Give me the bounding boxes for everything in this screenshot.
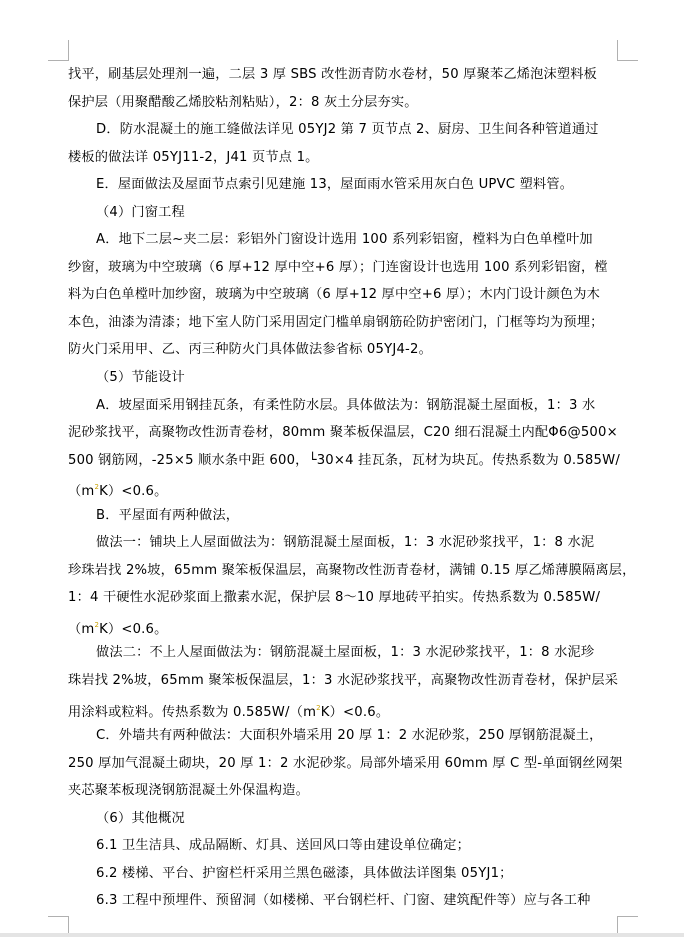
document-body[interactable]: 找平，刷基层处理剂一遍，二层 3 厚 SBS 改性沥青防水卷材，50 厚聚苯乙烯… — [68, 61, 613, 915]
text-run: （m — [68, 622, 94, 637]
text-line: 夹芯聚苯板现浇钢筋混凝土外保温构造。 — [68, 777, 613, 805]
text-line: A．地下二层~夹二层：彩铝外门窗设计选用 100 系列彩铝窗，樘料为白色单樘叶加 — [68, 226, 613, 254]
text-line: 料为白色单樘叶加纱窗，玻璃为中空玻璃（6 厚+12 厚中空+6 厚）；木内门设计… — [68, 281, 613, 309]
text-line: 250 厚加气混凝土砌块，20 厚 1：2 水泥砂浆。局部外墙采用 60mm 厚… — [68, 750, 613, 778]
text-line: 防火门采用甲、乙、丙三种防火门具体做法参省标 05YJ4-2。 — [68, 336, 613, 364]
text-run: 用涂料或粒料。传热系数为 0.585W/（m — [68, 705, 316, 720]
text-line: 珠岩找 2%坡，65mm 聚笨板保温层，1：3 水泥砂浆找平，高聚物改性沥青卷材… — [68, 667, 613, 695]
text-line: 纱窗，玻璃为中空玻璃（6 厚+12 厚中空+6 厚）；门连窗设计也选用 100 … — [68, 254, 613, 282]
page-bottom-edge — [0, 933, 684, 937]
text-line: （m2K）<0.6。 — [68, 474, 613, 502]
text-line: 6.2 楼梯、平台、护窗栏杆采用兰黑色磁漆，具体做法详图集 05YJ1； — [68, 860, 613, 888]
text-line: 用涂料或粒料。传热系数为 0.585W/（m2K）<0.6。 — [68, 695, 613, 723]
text-line: B．平屋面有两种做法， — [68, 502, 613, 530]
text-line: 做法二：不上人屋面做法为：钢筋混凝土屋面板，1：3 水泥砂浆找平，1：8 水泥珍 — [68, 639, 613, 667]
text-line: A．坡屋面采用钢挂瓦条，有柔性防水层。具体做法为：钢筋混凝土屋面板，1：3 水 — [68, 392, 613, 420]
text-line: （m2K）<0.6。 — [68, 612, 613, 640]
text-line: 500 钢筋网，-25×5 顺水条中距 600，└30×4 挂瓦条，瓦材为块瓦。… — [68, 447, 613, 475]
text-line: 本色，油漆为清漆；地下室人防门采用固定门槛单扇钢筋砼防护密闭门，门框等均为预埋； — [68, 309, 613, 337]
text-line: D．防水混凝土的施工缝做法详见 05YJ2 第 7 页节点 2、厨房、卫生间各种… — [68, 116, 613, 144]
text-line: （6）其他概况 — [68, 805, 613, 833]
text-line: C．外墙共有两种做法：大面积外墙采用 20 厚 1：2 水泥砂浆，250 厚钢筋… — [68, 722, 613, 750]
text-run: K）<0.6。 — [99, 484, 167, 499]
text-run: （m — [68, 484, 94, 499]
text-run: K）<0.6。 — [99, 622, 167, 637]
text-line: 6.3 工程中预埋件、预留洞（如楼梯、平台钢栏杆、门窗、建筑配件等）应与各工种 — [68, 887, 613, 915]
margin-corner-top-right — [617, 40, 638, 61]
text-line: （5）节能设计 — [68, 364, 613, 392]
text-line: 楼板的做法详 05YJ11-2，J41 页节点 1。 — [68, 144, 613, 172]
text-line: 保护层（用聚醋酸乙烯胶粘剂粘贴），2：8 灰土分层夯实。 — [68, 89, 613, 117]
text-line: （4）门窗工程 — [68, 199, 613, 227]
text-line: 做法一：铺块上人屋面做法为：钢筋混凝土屋面板，1：3 水泥砂浆找平，1：8 水泥 — [68, 529, 613, 557]
text-run: K）<0.6。 — [321, 705, 389, 720]
text-line: 找平，刷基层处理剂一遍，二层 3 厚 SBS 改性沥青防水卷材，50 厚聚苯乙烯… — [68, 61, 613, 89]
text-line: 6.1 卫生洁具、成品隔断、灯具、送回风口等由建设单位确定； — [68, 832, 613, 860]
text-line: 1：4 干硬性水泥砂浆面上撒素水泥，保护层 8～10 厚地砖平拍实。传热系数为 … — [68, 584, 613, 612]
text-line: 泥砂浆找平，高聚物改性沥青卷材，80mm 聚苯板保温层，C20 细石混凝土内配Φ… — [68, 419, 613, 447]
text-line: 珍珠岩找 2%坡，65mm 聚笨板保温层，高聚物改性沥青卷材，满铺 0.15 厚… — [68, 557, 613, 585]
text-line: E．屋面做法及屋面节点索引见建施 13，屋面雨水管采用灰白色 UPVC 塑料管。 — [68, 171, 613, 199]
margin-corner-top-left — [48, 40, 69, 61]
